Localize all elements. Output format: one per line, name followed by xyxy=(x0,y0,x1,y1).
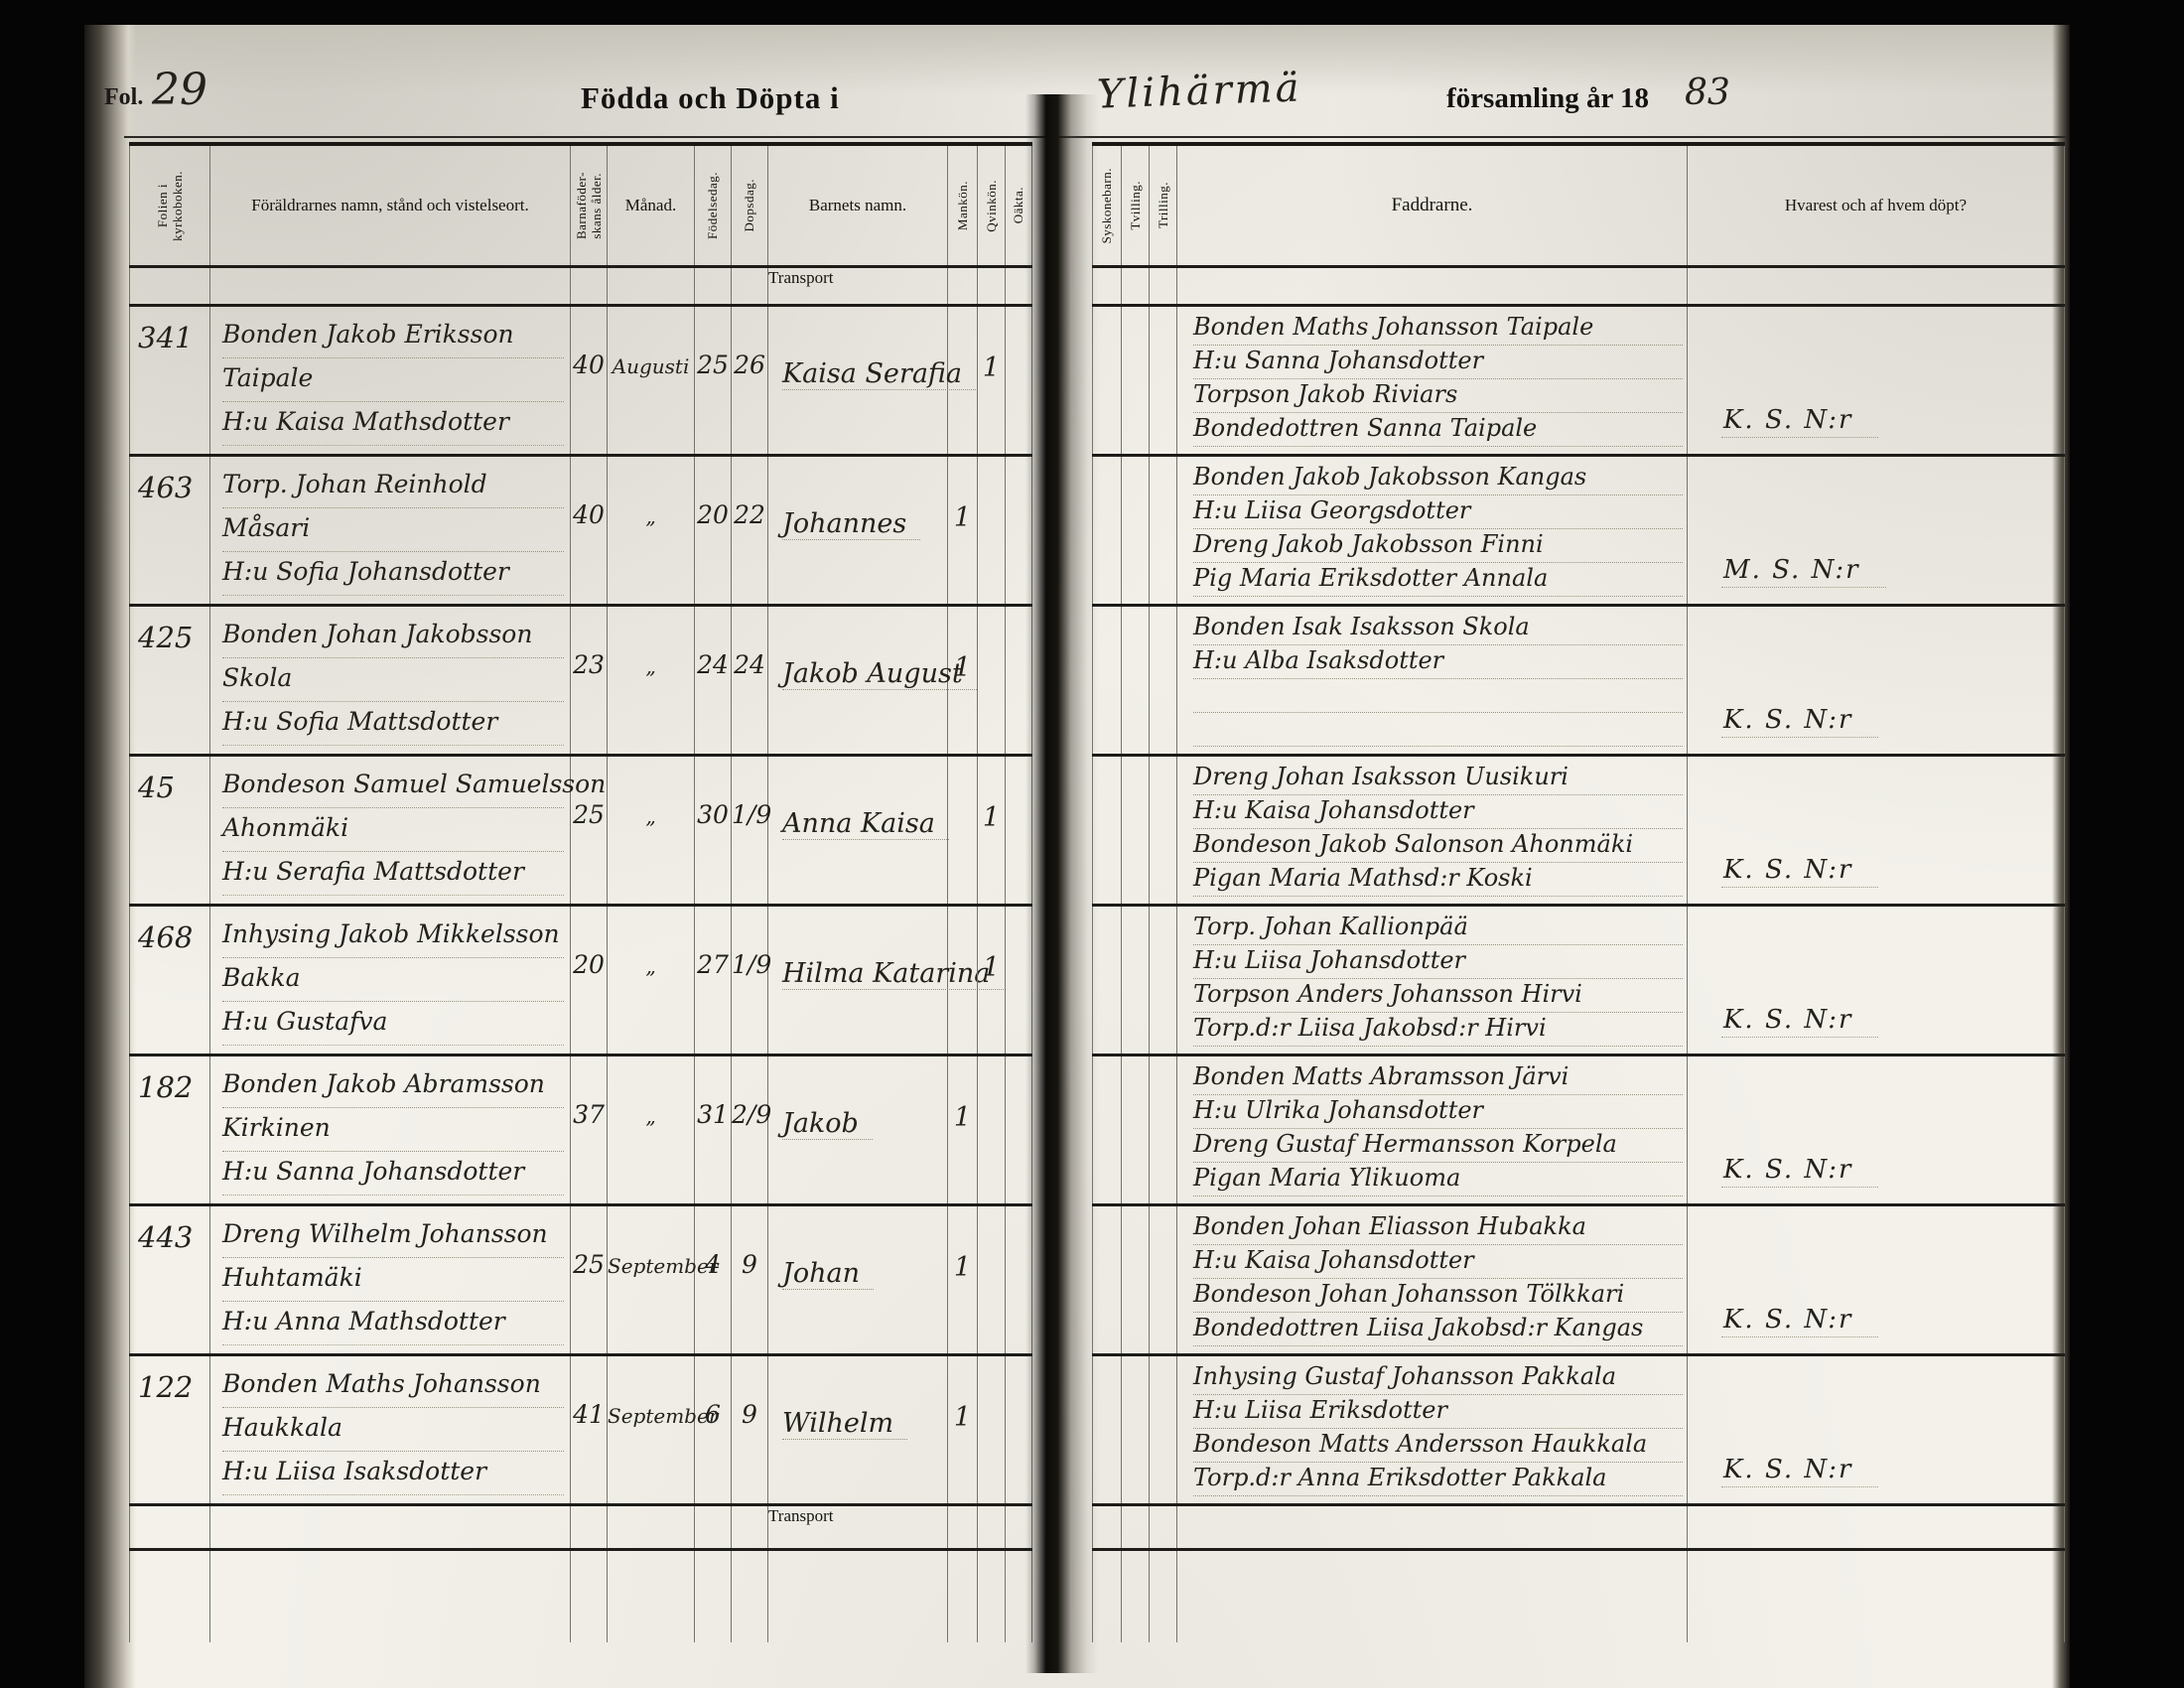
record-folio-number: 425 xyxy=(129,607,210,754)
record-folio-number: 45 xyxy=(129,757,210,904)
right-bottom-band xyxy=(1092,1506,2065,1551)
record-row-right: Bonden Jakob Jakobsson KangasH:u Liisa G… xyxy=(1092,457,2065,607)
handwritten-line: H:u Sanna Johansdotter xyxy=(1193,346,1683,379)
col-female: Qvinkön. xyxy=(978,146,1006,265)
handwritten-line: Måsari xyxy=(222,508,564,552)
baptized-by-initials: K. S. N:r xyxy=(1721,1155,1878,1188)
baptized-by-initials: K. S. N:r xyxy=(1721,1455,1878,1487)
handwritten-line: Pigan Maria Ylikuoma xyxy=(1193,1163,1683,1196)
record-folio-number: 122 xyxy=(129,1356,210,1503)
child-name: Jakob xyxy=(768,1056,948,1203)
record-row-left: 45 Bondeson Samuel SamuelssonAhonmäkiH:u… xyxy=(129,757,1032,907)
godparents-cell: Dreng Johan Isaksson UusikuriH:u Kaisa J… xyxy=(1177,757,1688,904)
record-row-right: Bonden Maths Johansson TaipaleH:u Sanna … xyxy=(1092,307,2065,457)
birth-month: „ xyxy=(608,457,695,604)
handwritten-line: H:u Liisa Eriksdotter xyxy=(1193,1395,1683,1429)
sibling-cell xyxy=(1092,1056,1122,1203)
mother-age: 41 xyxy=(571,1356,608,1503)
godparents-cell: Bonden Jakob Jakobsson KangasH:u Liisa G… xyxy=(1177,457,1688,604)
record-folio-number: 468 xyxy=(129,907,210,1054)
col-mother-age: Barnaföder- skans ålder. xyxy=(571,146,608,265)
record-row-left: 425 Bonden Johan JakobssonSkolaH:u Sofia… xyxy=(129,607,1032,757)
birth-month: „ xyxy=(608,757,695,904)
female-mark xyxy=(978,457,1006,604)
handwritten-line: H:u Kaisa Johansdotter xyxy=(1193,1245,1683,1279)
godparents-cell: Bonden Maths Johansson TaipaleH:u Sanna … xyxy=(1177,307,1688,454)
mother-age: 37 xyxy=(571,1056,608,1203)
twin-cell xyxy=(1122,307,1150,454)
sibling-cell xyxy=(1092,457,1122,604)
record-row-left: 443 Dreng Wilhelm JohanssonHuhtamäkiH:u … xyxy=(129,1206,1032,1356)
col-twin: Tvilling. xyxy=(1122,146,1150,265)
col-triplet: Trilling. xyxy=(1150,146,1177,265)
godparents-cell: Inhysing Gustaf Johansson PakkalaH:u Lii… xyxy=(1177,1356,1688,1503)
birth-day: 27 xyxy=(695,907,732,1054)
male-mark xyxy=(948,307,978,454)
birth-month: „ xyxy=(608,1056,695,1203)
baptism-day: 1/9 xyxy=(732,907,768,1054)
handwritten-line: H:u Sofia Mattsdotter xyxy=(222,702,564,746)
handwritten-line: Dreng Johan Isaksson Uusikuri xyxy=(1193,762,1683,795)
mother-age: 20 xyxy=(571,907,608,1054)
baptism-day: 26 xyxy=(732,307,768,454)
godparents-cell: Bonden Isak Isaksson SkolaH:u Alba Isaks… xyxy=(1177,607,1688,754)
mother-age: 25 xyxy=(571,1206,608,1353)
parents-names-cell: Torp. Johan ReinholdMåsariH:u Sofia Joha… xyxy=(210,457,571,604)
baptism-day: 24 xyxy=(732,607,768,754)
male-mark xyxy=(948,757,978,904)
sibling-cell xyxy=(1092,1356,1122,1503)
transport-label-top: Transport xyxy=(768,268,834,287)
birth-month: „ xyxy=(608,907,695,1054)
transport-label-bottom: Transport xyxy=(768,1506,834,1525)
female-mark: 1 xyxy=(978,757,1006,904)
record-folio-number: 341 xyxy=(129,307,210,454)
col-baptized-by: Hvarest och af hvem döpt? xyxy=(1688,146,2065,265)
twin-cell xyxy=(1122,1206,1150,1353)
handwritten-line: Bondeson Samuel Samuelsson xyxy=(222,765,564,808)
child-name: Kaisa Serafia xyxy=(768,307,948,454)
record-row-right: Bonden Johan Eliasson HubakkaH:u Kaisa J… xyxy=(1092,1206,2065,1356)
baptized-by-cell: K. S. N:r xyxy=(1688,607,2065,754)
record-row-right: Dreng Johan Isaksson UusikuriH:u Kaisa J… xyxy=(1092,757,2065,907)
handwritten-line: Inhysing Jakob Mikkelsson xyxy=(222,914,564,958)
handwritten-line: H:u Serafia Mattsdotter xyxy=(222,852,564,896)
baptized-by-cell: K. S. N:r xyxy=(1688,1056,2065,1203)
record-row-left: 341 Bonden Jakob ErikssonTaipaleH:u Kais… xyxy=(129,307,1032,457)
record-row-right: Torp. Johan KallionpääH:u Liisa Johansdo… xyxy=(1092,907,2065,1056)
handwritten-line: Bondedottren Liisa Jakobsd:r Kangas xyxy=(1193,1313,1683,1346)
twin-cell xyxy=(1122,757,1150,904)
parents-names-cell: Dreng Wilhelm JohanssonHuhtamäkiH:u Anna… xyxy=(210,1206,571,1353)
sibling-cell xyxy=(1092,907,1122,1054)
sibling-cell xyxy=(1092,757,1122,904)
baptized-by-initials: K. S. N:r xyxy=(1721,855,1878,888)
baptized-by-cell: K. S. N:r xyxy=(1688,1206,2065,1353)
birth-month: Augusti xyxy=(608,307,695,454)
record-folio-number: 463 xyxy=(129,457,210,604)
female-mark xyxy=(978,1206,1006,1353)
twin-cell xyxy=(1122,1356,1150,1503)
handwritten-line: Ahonmäki xyxy=(222,808,564,852)
parents-names-cell: Bondeson Samuel SamuelssonAhonmäkiH:u Se… xyxy=(210,757,571,904)
right-page-table: Syskonebarn. Tvilling. Trilling. Faddrar… xyxy=(1092,142,2065,1642)
godparents-cell: Bonden Matts Abramsson JärviH:u Ulrika J… xyxy=(1177,1056,1688,1203)
right-filler-row xyxy=(1092,1551,2065,1642)
male-mark: 1 xyxy=(948,1356,978,1503)
col-folio-label-2: kyrkoboken. xyxy=(171,171,185,241)
handwritten-line: Bonden Maths Johansson Taipale xyxy=(1193,312,1683,346)
record-row-right: Bonden Matts Abramsson JärviH:u Ulrika J… xyxy=(1092,1056,2065,1206)
handwritten-line: H:u Kaisa Johansdotter xyxy=(1193,795,1683,829)
birth-day: 25 xyxy=(695,307,732,454)
handwritten-line: Dreng Jakob Jakobsson Finni xyxy=(1193,529,1683,563)
male-mark: 1 xyxy=(948,607,978,754)
sibling-cell xyxy=(1092,307,1122,454)
male-mark: 1 xyxy=(948,1056,978,1203)
sibling-cell xyxy=(1092,1206,1122,1353)
handwritten-line: Skola xyxy=(222,658,564,702)
handwritten-line: Torp. Johan Reinhold xyxy=(222,465,564,508)
printed-title-suffix: församling år 18 xyxy=(1446,82,1649,115)
triplet-cell xyxy=(1150,607,1177,754)
handwritten-line: Bondedottren Sanna Taipale xyxy=(1193,413,1683,447)
handwritten-line: Torp.d:r Anna Eriksdotter Pakkala xyxy=(1193,1463,1683,1496)
year-handwritten: 83 xyxy=(1685,72,1730,113)
female-mark xyxy=(978,1356,1006,1503)
twin-cell xyxy=(1122,457,1150,604)
record-folio-number: 443 xyxy=(129,1206,210,1353)
parents-names-cell: Bonden Johan JakobssonSkolaH:u Sofia Mat… xyxy=(210,607,571,754)
right-header-row: Syskonebarn. Tvilling. Trilling. Faddrar… xyxy=(1092,146,2065,268)
baptized-by-initials: K. S. N:r xyxy=(1721,405,1878,438)
mother-age: 23 xyxy=(571,607,608,754)
child-name: Wilhelm xyxy=(768,1356,948,1503)
triplet-cell xyxy=(1150,1056,1177,1203)
record-row-left: 463 Torp. Johan ReinholdMåsariH:u Sofia … xyxy=(129,457,1032,607)
handwritten-line: Bonden Johan Jakobsson xyxy=(222,615,564,658)
triplet-cell xyxy=(1150,457,1177,604)
col-age-label-2: skans ålder. xyxy=(590,173,604,239)
birth-day: 20 xyxy=(695,457,732,604)
mother-age: 25 xyxy=(571,757,608,904)
baptized-by-cell: K. S. N:r xyxy=(1688,1356,2065,1503)
handwritten-line: Torpson Jakob Riviars xyxy=(1193,379,1683,413)
handwritten-line: Bondeson Matts Andersson Haukkala xyxy=(1193,1429,1683,1463)
mother-age: 40 xyxy=(571,457,608,604)
handwritten-line: Torp.d:r Liisa Jakobsd:r Hirvi xyxy=(1193,1013,1683,1047)
handwritten-line: H:u Kaisa Mathsdotter xyxy=(222,402,564,446)
handwritten-line: H:u Anna Mathsdotter xyxy=(222,1302,564,1345)
baptized-by-cell: K. S. N:r xyxy=(1688,307,2065,454)
handwritten-line: Torpson Anders Johansson Hirvi xyxy=(1193,979,1683,1013)
birth-month: September xyxy=(608,1206,695,1353)
col-folio-label-1: Folien i xyxy=(156,184,170,227)
triplet-cell xyxy=(1150,1206,1177,1353)
baptism-day: 2/9 xyxy=(732,1056,768,1203)
birth-month: „ xyxy=(608,607,695,754)
handwritten-line: H:u Liisa Georgsdotter xyxy=(1193,495,1683,529)
handwritten-line: Dreng Wilhelm Johansson xyxy=(222,1214,564,1258)
record-row-left: 468 Inhysing Jakob MikkelssonBakkaH:u Gu… xyxy=(129,907,1032,1056)
handwritten-line: Pig Maria Eriksdotter Annala xyxy=(1193,563,1683,597)
left-header-row: Folien i kyrkoboken. Föräldrarnes namn, … xyxy=(129,146,1032,268)
birth-month: September xyxy=(608,1356,695,1503)
baptized-by-initials: K. S. N:r xyxy=(1721,1305,1878,1337)
handwritten-line: Dreng Gustaf Hermansson Korpela xyxy=(1193,1129,1683,1163)
right-top-band xyxy=(1092,268,2065,307)
twin-cell xyxy=(1122,607,1150,754)
female-mark: 1 xyxy=(978,307,1006,454)
child-name: Johan xyxy=(768,1206,948,1353)
baptism-day: 22 xyxy=(732,457,768,604)
baptized-by-cell: M. S. N:r xyxy=(1688,457,2065,604)
birth-day: 30 xyxy=(695,757,732,904)
triplet-cell xyxy=(1150,757,1177,904)
handwritten-line: Torp. Johan Kallionpää xyxy=(1193,912,1683,945)
left-filler-row xyxy=(129,1551,1032,1642)
record-row-left: 122 Bonden Maths JohanssonHaukkalaH:u Li… xyxy=(129,1356,1032,1506)
col-parents: Föräldrarnes namn, stånd och vistelseort… xyxy=(210,146,571,265)
col-sibling: Syskonebarn. xyxy=(1092,146,1122,265)
left-page-table: Folien i kyrkoboken. Föräldrarnes namn, … xyxy=(129,142,1032,1642)
handwritten-line: H:u Liisa Johansdotter xyxy=(1193,945,1683,979)
triplet-cell xyxy=(1150,1356,1177,1503)
col-folio: Folien i kyrkoboken. xyxy=(129,146,210,265)
ledger-spread: Fol. 29 Födda och Döpta i Ylihärmä försa… xyxy=(84,25,2070,1688)
baptized-by-initials: K. S. N:r xyxy=(1721,705,1878,738)
handwritten-line: Taipale xyxy=(222,358,564,402)
col-month: Månad. xyxy=(608,146,695,265)
handwritten-line: Bonden Isak Isaksson Skola xyxy=(1193,612,1683,645)
twin-cell xyxy=(1122,907,1150,1054)
sibling-cell xyxy=(1092,607,1122,754)
folio-label: Fol. xyxy=(104,84,143,111)
handwritten-line: Inhysing Gustaf Johansson Pakkala xyxy=(1193,1361,1683,1395)
handwritten-line: Bonden Maths Johansson xyxy=(222,1364,564,1408)
mother-age: 40 xyxy=(571,307,608,454)
handwritten-line xyxy=(1193,679,1683,713)
baptized-by-initials: K. S. N:r xyxy=(1721,1005,1878,1038)
col-godparents: Faddrarne. xyxy=(1177,146,1688,265)
male-mark: 1 xyxy=(948,457,978,604)
male-mark: 1 xyxy=(948,1206,978,1353)
handwritten-line: Kirkinen xyxy=(222,1108,564,1152)
parents-names-cell: Inhysing Jakob MikkelssonBakkaH:u Gustaf… xyxy=(210,907,571,1054)
handwritten-line: Bonden Johan Eliasson Hubakka xyxy=(1193,1211,1683,1245)
handwritten-line: H:u Ulrika Johansdotter xyxy=(1193,1095,1683,1129)
birth-day: 31 xyxy=(695,1056,732,1203)
twin-cell xyxy=(1122,1056,1150,1203)
godparents-cell: Bonden Johan Eliasson HubakkaH:u Kaisa J… xyxy=(1177,1206,1688,1353)
female-mark xyxy=(978,607,1006,754)
handwritten-line: H:u Sanna Johansdotter xyxy=(222,1152,564,1196)
baptized-by-cell: K. S. N:r xyxy=(1688,907,2065,1054)
record-folio-number: 182 xyxy=(129,1056,210,1203)
birth-day: 4 xyxy=(695,1206,732,1353)
printed-title: Födda och Döpta i xyxy=(581,80,840,116)
parents-names-cell: Bonden Maths JohanssonHaukkalaH:u Liisa … xyxy=(210,1356,571,1503)
handwritten-line: Bakka xyxy=(222,958,564,1002)
transport-band-top: Transport xyxy=(129,268,1032,307)
col-baptism-day: Dopsdag. xyxy=(732,146,768,265)
handwritten-line xyxy=(1193,713,1683,747)
folio-number: 29 xyxy=(152,65,207,115)
male-mark xyxy=(948,907,978,1054)
handwritten-line: H:u Liisa Isaksdotter xyxy=(222,1452,564,1495)
female-mark: 1 xyxy=(978,907,1006,1054)
handwritten-line: Pigan Maria Mathsd:r Koski xyxy=(1193,863,1683,897)
child-name: Jakob August xyxy=(768,607,948,754)
baptized-by-initials: M. S. N:r xyxy=(1721,555,1886,588)
handwritten-line: Bondeson Jakob Salonson Ahonmäki xyxy=(1193,829,1683,863)
col-male: Mankön. xyxy=(948,146,978,265)
handwritten-line: Bondeson Johan Johansson Tölkkari xyxy=(1193,1279,1683,1313)
baptism-day: 1/9 xyxy=(732,757,768,904)
baptism-day: 9 xyxy=(732,1206,768,1353)
handwritten-line: Bonden Jakob Eriksson xyxy=(222,315,564,358)
child-name: Anna Kaisa xyxy=(768,757,948,904)
birth-day: 24 xyxy=(695,607,732,754)
parish-name-handwritten: Ylihärmä xyxy=(1096,65,1302,117)
handwritten-line: Bonden Matts Abramsson Järvi xyxy=(1193,1061,1683,1095)
handwritten-line: Bonden Jakob Abramsson xyxy=(222,1064,564,1108)
handwritten-line: H:u Gustafva xyxy=(222,1002,564,1046)
col-birth-day: Födelsedag. xyxy=(695,146,732,265)
col-child-name: Barnets namn. xyxy=(768,146,948,265)
handwritten-line: Huhtamäki xyxy=(222,1258,564,1302)
handwritten-line: H:u Alba Isaksdotter xyxy=(1193,645,1683,679)
godparents-cell: Torp. Johan KallionpääH:u Liisa Johansdo… xyxy=(1177,907,1688,1054)
baptized-by-cell: K. S. N:r xyxy=(1688,757,2065,904)
handwritten-line: Haukkala xyxy=(222,1408,564,1452)
record-row-left: 182 Bonden Jakob AbramssonKirkinenH:u Sa… xyxy=(129,1056,1032,1206)
parents-names-cell: Bonden Jakob AbramssonKirkinenH:u Sanna … xyxy=(210,1056,571,1203)
handwritten-line: H:u Sofia Johansdotter xyxy=(222,552,564,596)
book-spine-gutter xyxy=(1025,94,1099,1673)
child-name: Hilma Katarina xyxy=(768,907,948,1054)
birth-day: 6 xyxy=(695,1356,732,1503)
baptism-day: 9 xyxy=(732,1356,768,1503)
parents-names-cell: Bonden Jakob ErikssonTaipaleH:u Kaisa Ma… xyxy=(210,307,571,454)
triplet-cell xyxy=(1150,307,1177,454)
record-row-right: Inhysing Gustaf Johansson PakkalaH:u Lii… xyxy=(1092,1356,2065,1506)
transport-band-bottom: Transport xyxy=(129,1506,1032,1551)
female-mark xyxy=(978,1056,1006,1203)
handwritten-line: Bonden Jakob Jakobsson Kangas xyxy=(1193,462,1683,495)
col-age-label-1: Barnaföder- xyxy=(575,172,589,239)
record-row-right: Bonden Isak Isaksson SkolaH:u Alba Isaks… xyxy=(1092,607,2065,757)
triplet-cell xyxy=(1150,907,1177,1054)
child-name: Johannes xyxy=(768,457,948,604)
